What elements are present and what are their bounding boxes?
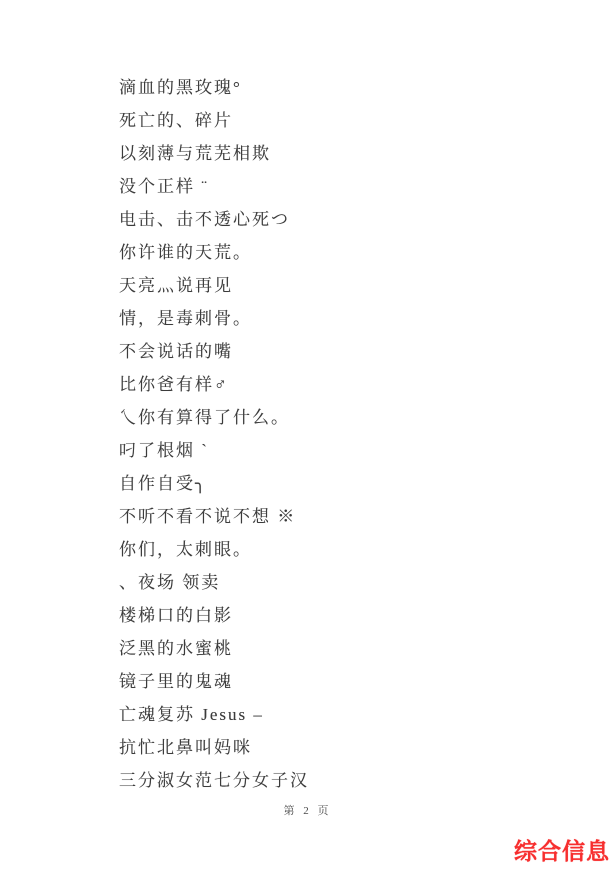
text-line: 你许谁的天荒。 <box>119 234 309 267</box>
text-line: 情，是毒刺骨。 <box>119 300 309 333</box>
text-line: 不听不看不说不想 ※ <box>119 498 309 531</box>
text-line: 三分淑女范七分女子汉 <box>119 762 309 795</box>
text-line: 不会说话的嘴 <box>119 333 309 366</box>
text-column: 滴血的黑玫瑰° 死亡的、碎片 以刻薄与荒芜相欺 没个正样 ¨ 电击、击不透心死つ… <box>119 69 309 795</box>
text-line: 叼了根烟 ˋ <box>119 432 309 465</box>
text-line: 抗忙北鼻叫妈咪 <box>119 729 309 762</box>
text-line: 你们，太刺眼。 <box>119 531 309 564</box>
text-line: 亡魂复苏 Jesus – <box>119 696 309 729</box>
text-line: 没个正样 ¨ <box>119 168 309 201</box>
text-line: 乀你有算得了什么。 <box>119 399 309 432</box>
site-watermark: 综合信息 <box>514 833 610 866</box>
text-line: 泛黑的水蜜桃 <box>119 630 309 663</box>
document-page: 滴血的黑玫瑰° 死亡的、碎片 以刻薄与荒芜相欺 没个正样 ¨ 电击、击不透心死つ… <box>0 0 615 874</box>
text-line: 死亡的、碎片 <box>119 102 309 135</box>
text-line: 镜子里的鬼魂 <box>119 663 309 696</box>
text-line: 自作自受╮ <box>119 465 309 498</box>
text-line: 以刻薄与荒芜相欺 <box>119 135 309 168</box>
text-line: 电击、击不透心死つ <box>119 201 309 234</box>
page-number: 第 2 页 <box>0 802 615 818</box>
text-line: 天亮灬说再见 <box>119 267 309 300</box>
text-line: 滴血的黑玫瑰° <box>119 69 309 102</box>
text-line: 比你爸有样♂ <box>119 366 309 399</box>
text-line: 、夜场 领卖 <box>119 564 309 597</box>
text-line: 楼梯口的白影 <box>119 597 309 630</box>
